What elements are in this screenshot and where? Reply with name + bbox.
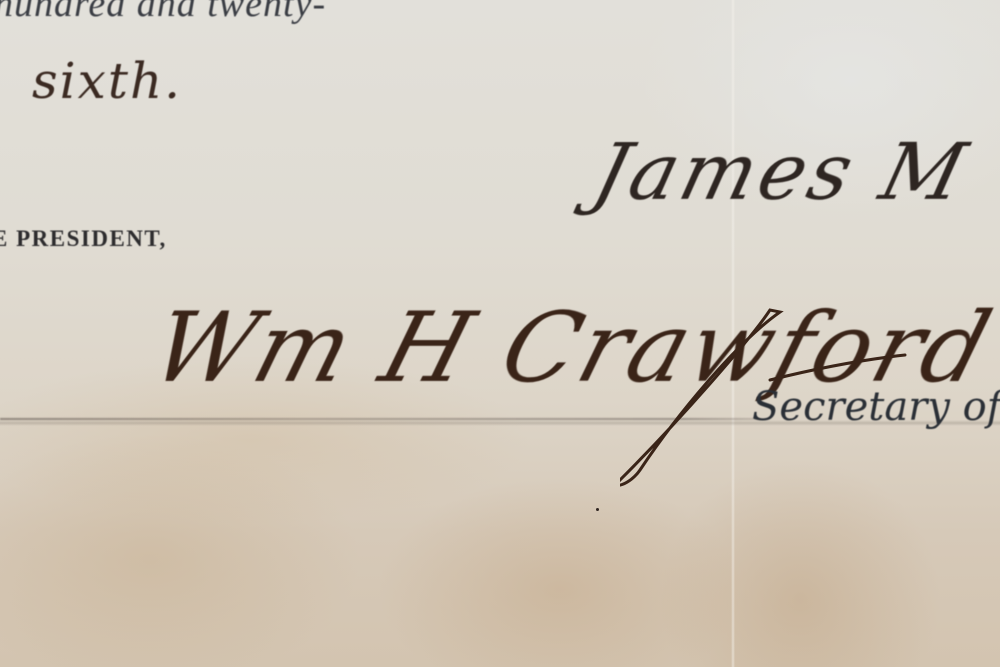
- ink-speck: [596, 508, 599, 511]
- printed-top-line: hundred and twenty-: [0, 0, 326, 26]
- printed-president-label: E PRESIDENT,: [0, 226, 167, 252]
- handwritten-date-fragment: sixth.: [32, 52, 182, 110]
- printed-secretary-label: Secretary of: [752, 384, 1000, 430]
- signature-james-monroe: James M: [585, 128, 978, 218]
